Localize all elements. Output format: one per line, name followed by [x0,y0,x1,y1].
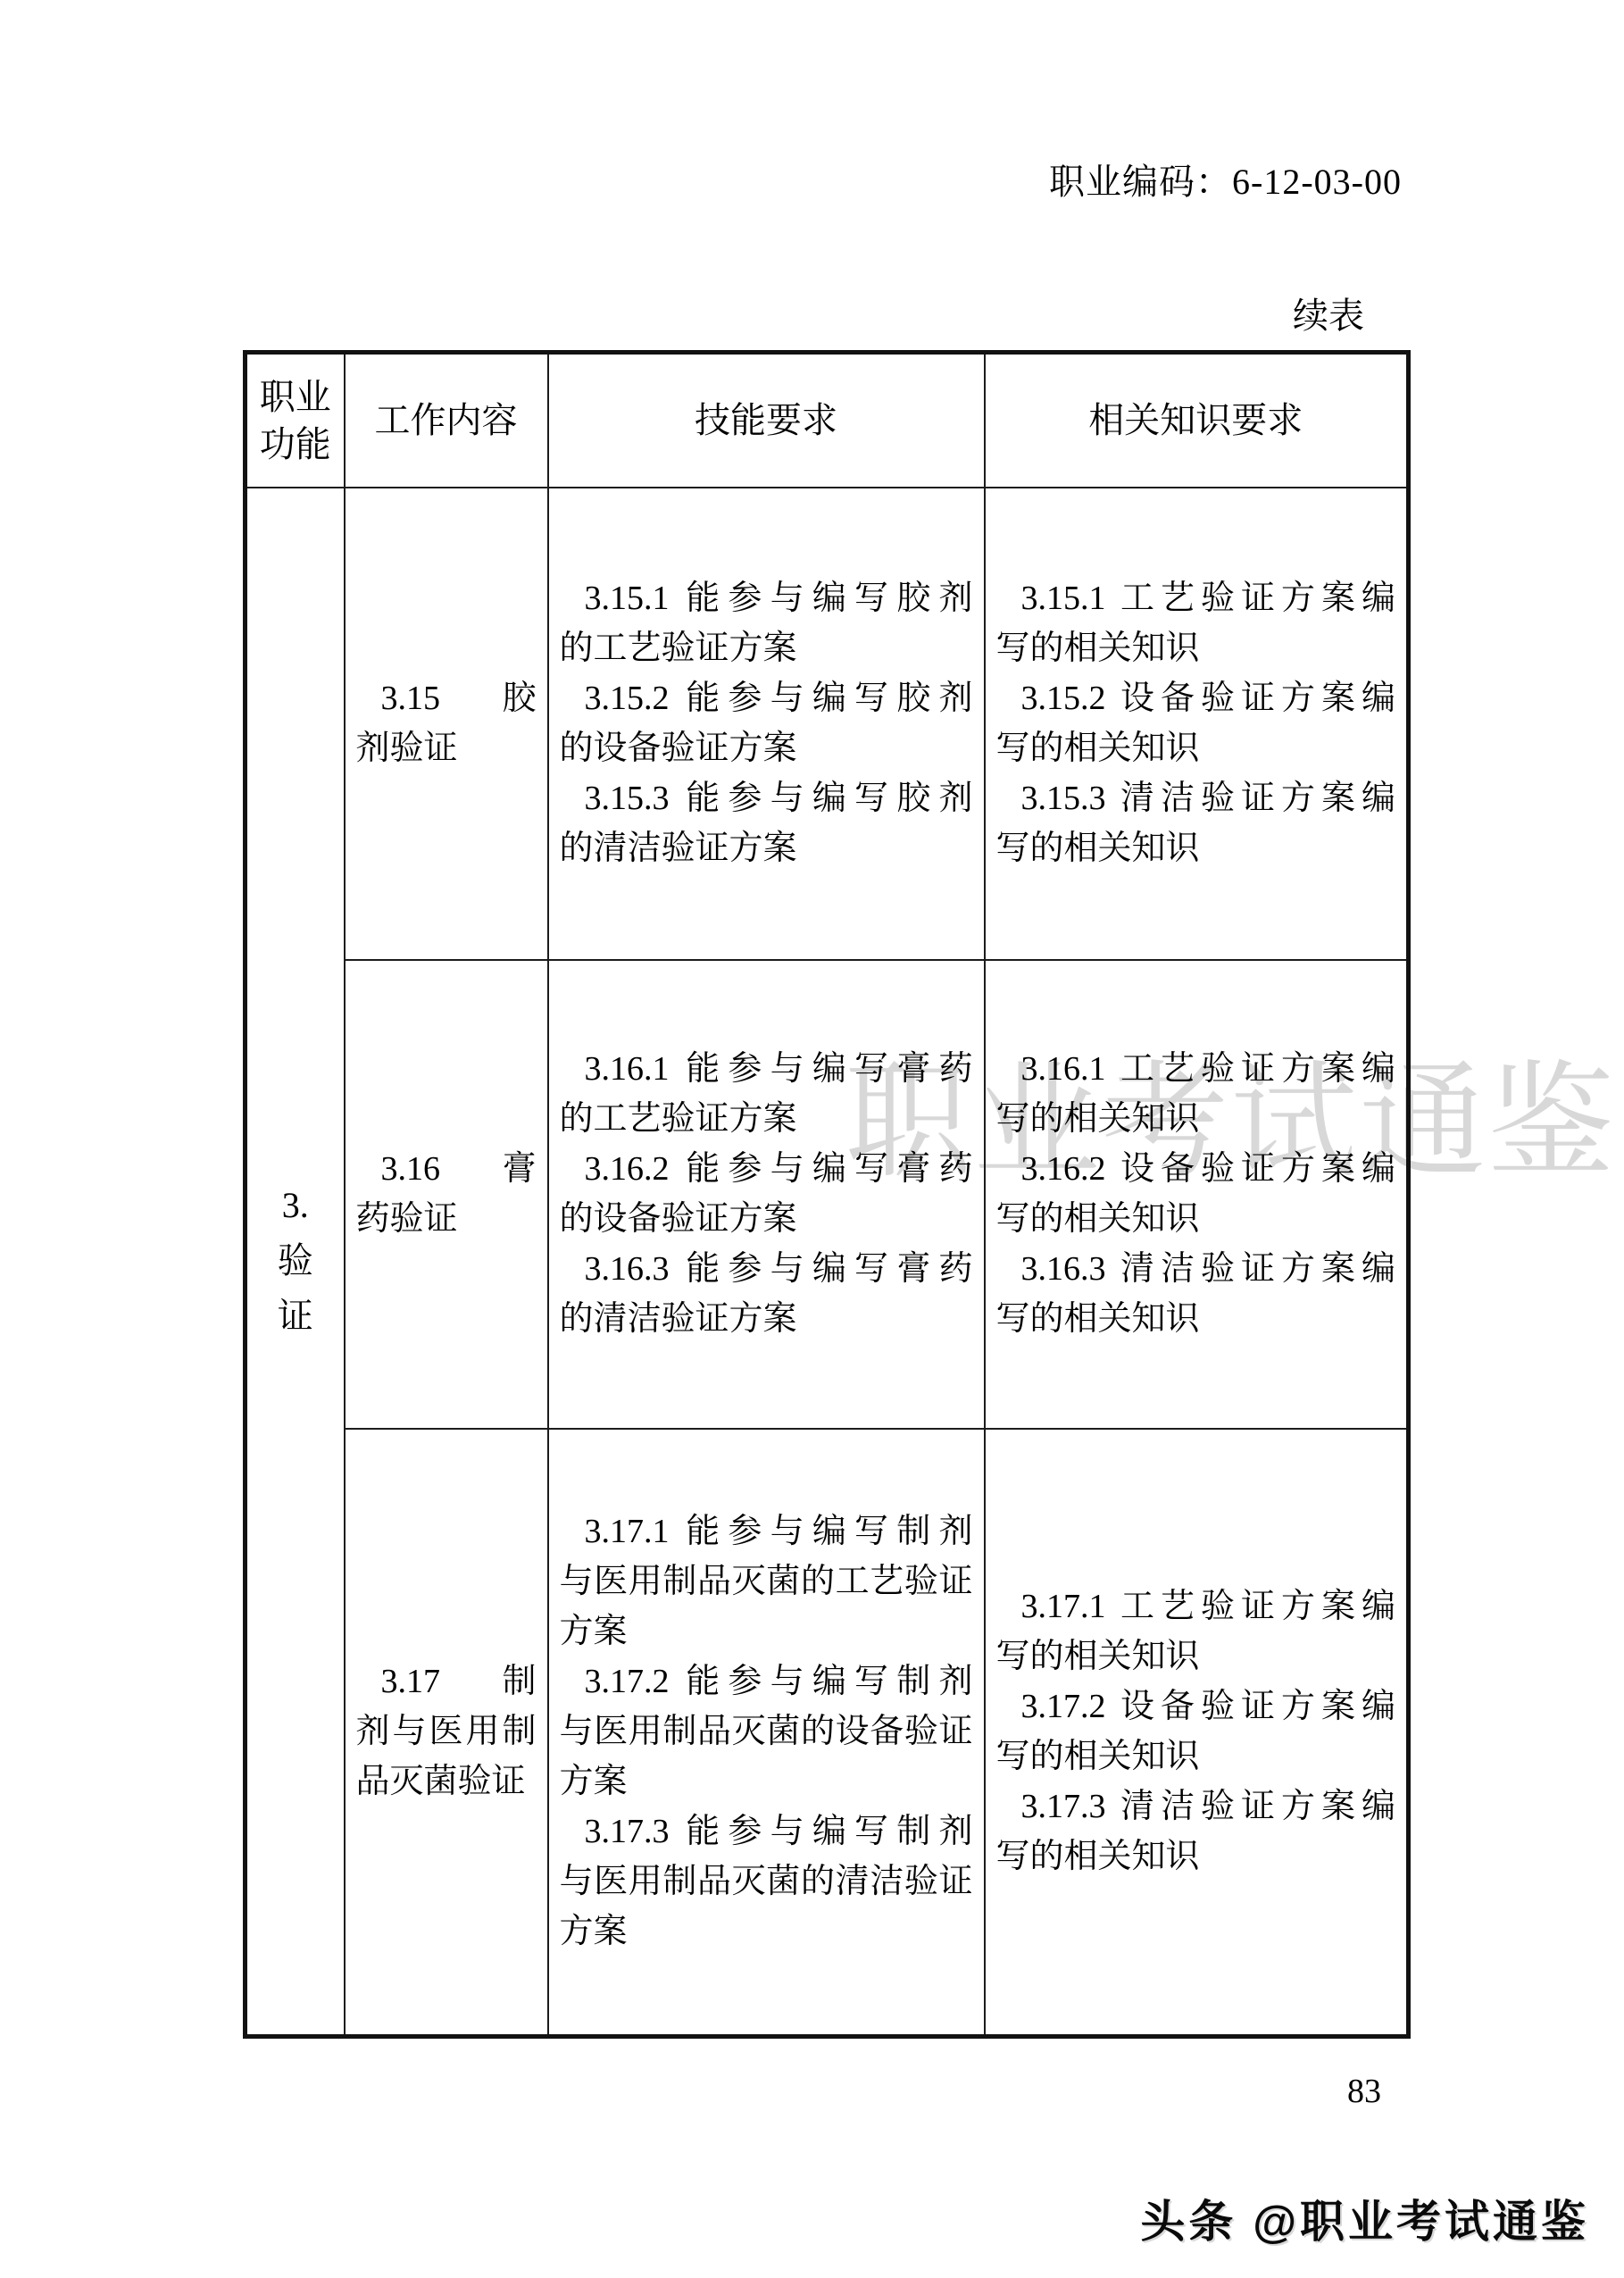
column-header-function-line1: 职业 [258,373,333,421]
skill-line: 与医用制品灭菌的工艺验证 [560,1556,973,1606]
skill-line: 3.15.2 能参与编写胶剂 [560,673,973,723]
skill-line: 3.16.3 能参与编写膏药 [560,1244,973,1294]
continued-table-label: 续表 [1293,288,1364,338]
skill-line: 3.16.2 能参与编写膏药 [560,1144,973,1194]
skill-cell-3-17: 3.17.1 能参与编写制剂 与医用制品灭菌的工艺验证 方案 3.17.2 能参… [548,1429,985,2037]
knowledge-cell-3-16: 3.16.1 工艺验证方案编 写的相关知识 3.16.2 设备验证方案编 写的相… [985,960,1409,1429]
skill-line: 的设备验证方案 [560,723,973,773]
knowledge-line: 写的相关知识 [996,623,1396,673]
occupational-standard-table: 职业 功能 工作内容 技能要求 相关知识要求 3. 验 证 3.15 胶 剂验证 [243,350,1411,2039]
skill-line: 的清洁验证方案 [560,1294,973,1344]
skill-line: 的设备验证方案 [560,1194,973,1244]
function-line: 验 [258,1233,333,1289]
table-row-3-17: 3.17 制 剂与医用制 品灭菌验证 3.17.1 能参与编写制剂 与医用制品灭… [246,1429,1409,2037]
page-number: 83 [1347,2072,1381,2111]
knowledge-line: 写的相关知识 [996,1731,1396,1782]
knowledge-line: 写的相关知识 [996,723,1396,773]
work-content-cell-3-15: 3.15 胶 剂验证 [345,488,548,960]
table-row-3-15: 3. 验 证 3.15 胶 剂验证 3.15.1 能参与编写胶剂 的工艺验证方案… [246,488,1409,960]
column-header-skill-label: 技能要求 [560,396,973,444]
work-line: 3.17 制 [356,1656,537,1706]
work-line: 品灭菌验证 [356,1756,537,1807]
knowledge-line: 3.15.3 清洁验证方案编 [996,773,1396,823]
work-line: 剂与医用制 [356,1706,537,1756]
column-header-function-line2: 功能 [258,421,333,468]
skill-cell-3-16: 3.16.1 能参与编写膏药 的工艺验证方案 3.16.2 能参与编写膏药 的设… [548,960,985,1429]
knowledge-line: 3.17.2 设备验证方案编 [996,1681,1396,1731]
column-header-knowledge-label: 相关知识要求 [996,396,1396,444]
skill-cell-3-15: 3.15.1 能参与编写胶剂 的工艺验证方案 3.15.2 能参与编写胶剂 的设… [548,488,985,960]
function-line: 证 [258,1289,333,1344]
skill-line: 的工艺验证方案 [560,623,973,673]
knowledge-line: 写的相关知识 [996,1194,1396,1244]
knowledge-line: 写的相关知识 [996,823,1396,873]
knowledge-line: 写的相关知识 [996,1631,1396,1681]
work-line: 3.15 胶 [356,673,537,723]
work-line: 药验证 [356,1194,537,1244]
column-header-skill: 技能要求 [548,353,985,488]
knowledge-line: 3.16.2 设备验证方案编 [996,1144,1396,1194]
knowledge-line: 3.15.1 工艺验证方案编 [996,573,1396,623]
column-header-work: 工作内容 [345,353,548,488]
knowledge-line: 写的相关知识 [996,1832,1396,1882]
column-header-knowledge: 相关知识要求 [985,353,1409,488]
column-header-work-label: 工作内容 [356,396,537,444]
skill-line: 3.17.3 能参与编写制剂 [560,1807,973,1857]
knowledge-line: 3.17.3 清洁验证方案编 [996,1782,1396,1832]
table-row-3-16: 3.16 膏 药验证 3.16.1 能参与编写膏药 的工艺验证方案 3.16.2… [246,960,1409,1429]
footer-credit: 头条 @职业考试通鉴 [1140,2186,1589,2250]
skill-line: 与医用制品灭菌的设备验证 [560,1706,973,1756]
skill-line: 的清洁验证方案 [560,823,973,873]
skill-line: 3.15.3 能参与编写胶剂 [560,773,973,823]
knowledge-line: 3.16.1 工艺验证方案编 [996,1044,1396,1094]
knowledge-cell-3-17: 3.17.1 工艺验证方案编 写的相关知识 3.17.2 设备验证方案编 写的相… [985,1429,1409,2037]
knowledge-line: 写的相关知识 [996,1294,1396,1344]
document-page: 职业编码：6-12-03-00 续表 职业考试通鉴 职业 功能 工作内容 技能要… [0,0,1624,2278]
column-header-function: 职业 功能 [246,353,345,488]
skill-line: 方案 [560,1606,973,1656]
skill-line: 与医用制品灭菌的清洁验证 [560,1857,973,1907]
skill-line: 3.16.1 能参与编写膏药 [560,1044,973,1094]
skill-line: 3.17.2 能参与编写制剂 [560,1656,973,1706]
work-line: 剂验证 [356,723,537,773]
table-header-row: 职业 功能 工作内容 技能要求 相关知识要求 [246,353,1409,488]
work-content-cell-3-16: 3.16 膏 药验证 [345,960,548,1429]
work-line: 3.16 膏 [356,1144,537,1194]
knowledge-line: 写的相关知识 [996,1094,1396,1144]
function-line: 3. [258,1178,333,1233]
work-content-cell-3-17: 3.17 制 剂与医用制 品灭菌验证 [345,1429,548,2037]
function-cell: 3. 验 证 [246,488,345,2037]
skill-line: 的工艺验证方案 [560,1094,973,1144]
occupation-code-label: 职业编码：6-12-03-00 [1049,154,1402,204]
knowledge-line: 3.15.2 设备验证方案编 [996,673,1396,723]
knowledge-line: 3.17.1 工艺验证方案编 [996,1581,1396,1631]
skill-line: 方案 [560,1907,973,1957]
skill-line: 3.15.1 能参与编写胶剂 [560,573,973,623]
knowledge-line: 3.16.3 清洁验证方案编 [996,1244,1396,1294]
skill-line: 方案 [560,1756,973,1807]
skill-line: 3.17.1 能参与编写制剂 [560,1506,973,1556]
knowledge-cell-3-15: 3.15.1 工艺验证方案编 写的相关知识 3.15.2 设备验证方案编 写的相… [985,488,1409,960]
